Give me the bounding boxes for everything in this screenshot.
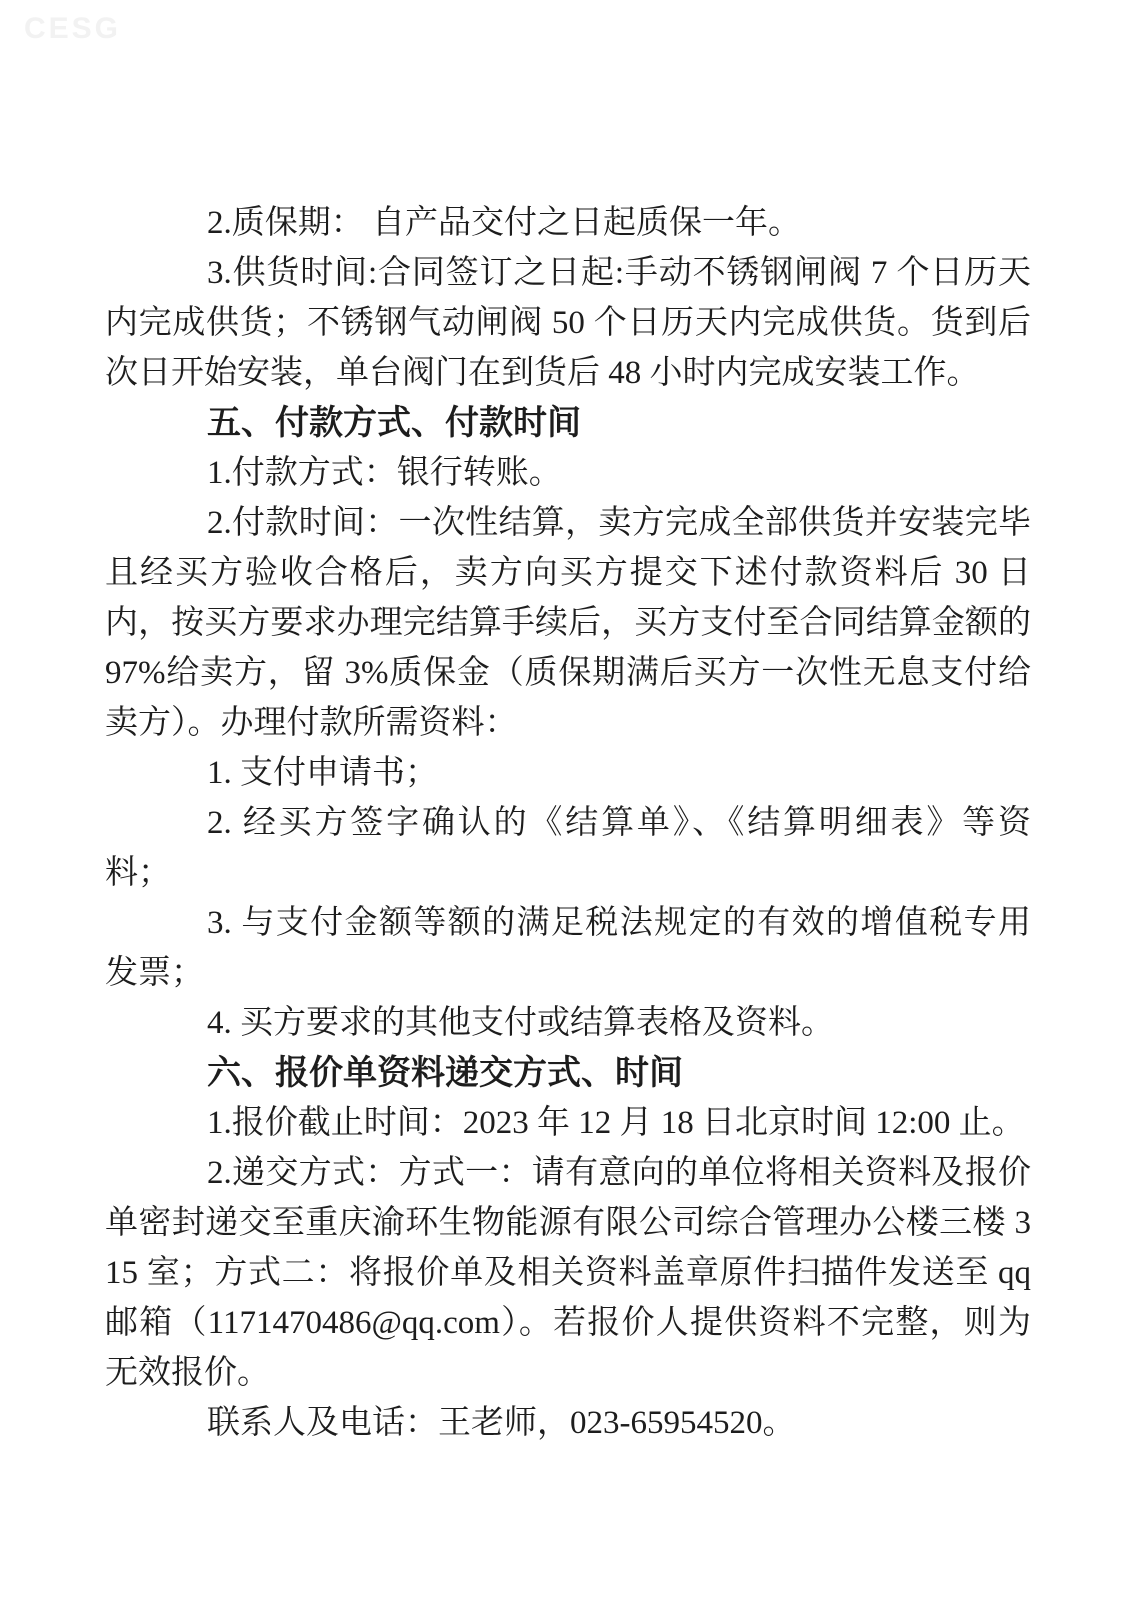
paragraph: 2. 经买方签字确认的《结算单》、《结算明细表》等资料； xyxy=(105,798,1031,898)
section-heading: 六、报价单资料递交方式、时间 xyxy=(105,1048,1031,1098)
paragraph: 3. 与支付金额等额的满足税法规定的有效的增值税专用发票； xyxy=(105,898,1031,998)
cesg-watermark: CESG xyxy=(24,12,121,46)
paragraph: 2.质保期： 自产品交付之日起质保一年。 xyxy=(105,198,1031,248)
section-heading: 五、付款方式、付款时间 xyxy=(105,398,1031,448)
paragraph: 1.付款方式：银行转账。 xyxy=(105,448,1031,498)
paragraph: 1. 支付申请书； xyxy=(105,748,1031,798)
paragraph: 联系人及电话：王老师，023-65954520。 xyxy=(105,1398,1031,1448)
paragraph: 4. 买方要求的其他支付或结算表格及资料。 xyxy=(105,998,1031,1048)
paragraph: 2.付款时间：一次性结算，卖方完成全部供货并安装完毕且经买方验收合格后，卖方向买… xyxy=(105,498,1031,748)
document-page: CESG 2.质保期： 自产品交付之日起质保一年。3.供货时间:合同签订之日起:… xyxy=(0,0,1131,1600)
paragraph: 1.报价截止时间：2023 年 12 月 18 日北京时间 12:00 止。 xyxy=(105,1098,1031,1148)
paragraph: 3.供货时间:合同签订之日起:手动不锈钢闸阀 7 个日历天内完成供货；不锈钢气动… xyxy=(105,248,1031,398)
document-body: 2.质保期： 自产品交付之日起质保一年。3.供货时间:合同签订之日起:手动不锈钢… xyxy=(105,198,1031,1448)
paragraph: 2.递交方式：方式一：请有意向的单位将相关资料及报价单密封递交至重庆渝环生物能源… xyxy=(105,1148,1031,1398)
